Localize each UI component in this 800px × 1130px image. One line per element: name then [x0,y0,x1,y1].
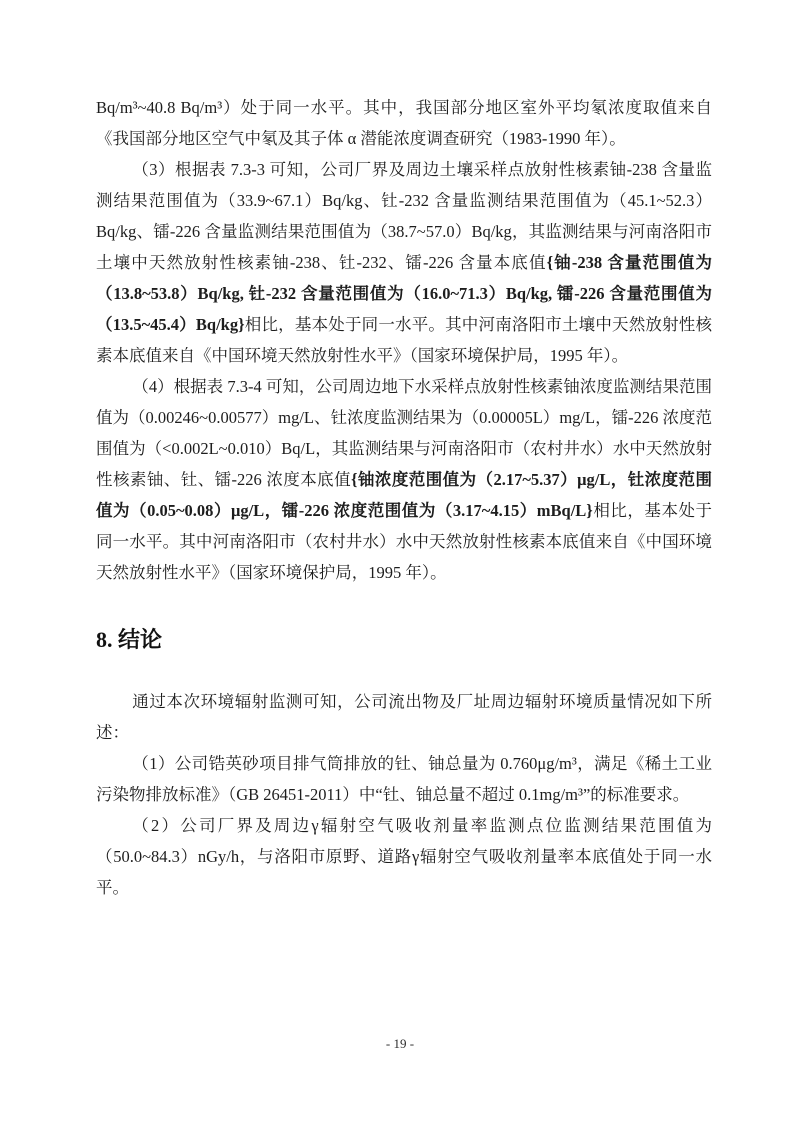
document-page: Bq/m³~40.8 Bq/m³）处于同一水平。其中，我国部分地区室外平均氡浓度… [0,0,800,1130]
page-number: - 19 - [0,1035,800,1053]
paragraph-soil-monitoring: （3）根据表 7.3-3 可知，公司厂界及周边土壤采样点放射性核素铀-238 含… [96,154,712,371]
section-heading-conclusion: 8. 结论 [96,624,712,656]
paragraph-conclusion-item-1: （1）公司锆英砂项目排气筒排放的钍、铀总量为 0.760μg/m³，满足《稀土工… [96,748,712,810]
paragraph-radon-comparison: Bq/m³~40.8 Bq/m³）处于同一水平。其中，我国部分地区室外平均氡浓度… [96,92,712,154]
paragraph-conclusion-intro: 通过本次环境辐射监测可知，公司流出物及厂址周边辐射环境质量情况如下所述： [96,686,712,748]
paragraph-groundwater-monitoring: （4）根据表 7.3-4 可知，公司周边地下水采样点放射性核素铀浓度监测结果范围… [96,371,712,588]
document-body: Bq/m³~40.8 Bq/m³）处于同一水平。其中，我国部分地区室外平均氡浓度… [96,92,712,903]
paragraph-conclusion-item-2: （2）公司厂界及周边γ辐射空气吸收剂量率监测点位监测结果范围值为（50.0~84… [96,810,712,903]
